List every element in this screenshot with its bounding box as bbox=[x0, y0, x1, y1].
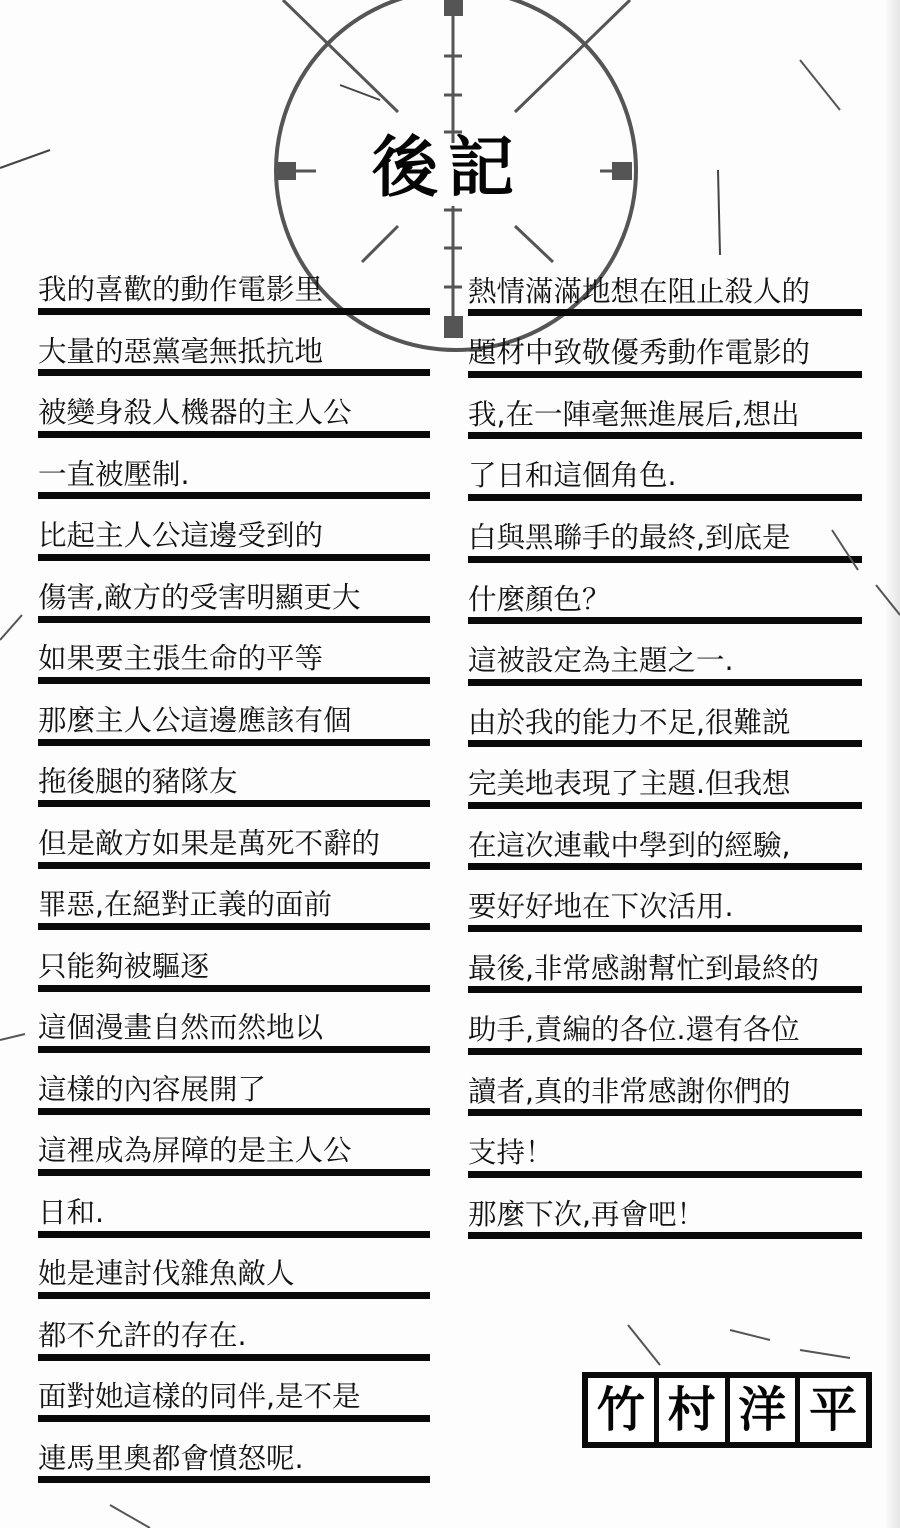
underline-rule bbox=[38, 677, 430, 684]
underline-rule bbox=[38, 1476, 430, 1483]
underline-rule bbox=[38, 800, 430, 807]
text-line: 如果要主張生命的平等 bbox=[38, 639, 323, 679]
author-char: 村 bbox=[659, 1378, 725, 1442]
underline-rule bbox=[468, 371, 862, 378]
text-line: 了日和這個角色. bbox=[468, 456, 677, 496]
text-line: 熱情滿滿地想在阻止殺人的 bbox=[468, 272, 810, 312]
underline-rule bbox=[38, 492, 430, 499]
text-line: 面對她這樣的同伴,是不是 bbox=[38, 1377, 361, 1417]
text-line: 日和. bbox=[38, 1193, 104, 1233]
text-line: 都不允許的存在. bbox=[38, 1316, 247, 1356]
text-line: 這被設定為主題之一. bbox=[468, 641, 734, 681]
underline-rule bbox=[38, 431, 430, 438]
text-line: 這個漫畫自然而然地以 bbox=[38, 1008, 323, 1048]
underline-rule bbox=[468, 802, 862, 809]
text-line: 讀者,真的非常感謝你們的 bbox=[468, 1072, 791, 1112]
text-line: 在這次連載中學到的經驗, bbox=[468, 826, 791, 866]
underline-rule bbox=[38, 923, 430, 930]
author-char: 洋 bbox=[730, 1378, 796, 1442]
text-line: 但是敵方如果是萬死不辭的 bbox=[38, 824, 380, 864]
text-line: 我,在一陣毫無進展后,想出 bbox=[468, 395, 800, 435]
underline-rule bbox=[468, 309, 862, 316]
underline-rule bbox=[468, 494, 862, 501]
underline-rule bbox=[468, 863, 862, 870]
underline-rule bbox=[38, 554, 430, 561]
text-line: 這裡成為屏障的是主人公 bbox=[38, 1131, 352, 1171]
text-line: 要好好地在下次活用. bbox=[468, 887, 734, 927]
text-line: 白與黑聯手的最終,到底是 bbox=[468, 518, 791, 558]
page-edge-shadow bbox=[886, 0, 900, 1528]
underline-rule bbox=[38, 739, 430, 746]
underline-rule bbox=[468, 556, 862, 563]
underline-rule bbox=[468, 986, 862, 993]
text-line: 助手,責編的各位.還有各位 bbox=[468, 1010, 800, 1050]
text-line: 我的喜歡的動作電影里 bbox=[38, 270, 323, 310]
text-line: 大量的惡黨毫無抵抗地 bbox=[38, 332, 323, 372]
underline-rule bbox=[38, 862, 430, 869]
text-line: 比起主人公這邊受到的 bbox=[38, 516, 323, 556]
underline-rule bbox=[38, 1169, 430, 1176]
page-title: 後記 bbox=[372, 128, 542, 208]
underline-rule bbox=[38, 369, 430, 376]
author-char: 平 bbox=[800, 1378, 866, 1442]
underline-rule bbox=[38, 1046, 430, 1053]
text-line: 連馬里奧都會憤怒呢. bbox=[38, 1439, 304, 1479]
underline-rule bbox=[38, 1292, 430, 1299]
text-line: 那麼主人公這邊應該有個 bbox=[38, 701, 352, 741]
text-line: 那麼下次,再會吧！ bbox=[468, 1195, 705, 1235]
text-line: 什麼顏色？ bbox=[468, 580, 611, 620]
text-line: 她是連討伐雜魚敵人 bbox=[38, 1254, 295, 1294]
text-line: 傷害,敵方的受害明顯更大 bbox=[38, 578, 361, 618]
underline-rule bbox=[38, 1108, 430, 1115]
underline-rule bbox=[38, 1231, 430, 1238]
underline-rule bbox=[38, 1354, 430, 1361]
underline-rule bbox=[468, 1171, 862, 1178]
text-line: 這樣的內容展開了 bbox=[38, 1070, 266, 1110]
underline-rule bbox=[468, 1048, 862, 1055]
text-line: 拖後腿的豬隊友 bbox=[38, 762, 238, 802]
text-line: 題材中致敬優秀動作電影的 bbox=[468, 333, 810, 373]
underline-rule bbox=[38, 308, 430, 315]
text-line: 最後,非常感謝幫忙到最終的 bbox=[468, 949, 819, 989]
underline-rule bbox=[38, 616, 430, 623]
author-char: 竹 bbox=[588, 1378, 654, 1442]
underline-rule bbox=[468, 432, 862, 439]
text-line: 由於我的能力不足,很難説 bbox=[468, 703, 791, 743]
text-line: 罪惡,在絕對正義的面前 bbox=[38, 885, 332, 925]
underline-rule bbox=[468, 617, 862, 624]
underline-rule bbox=[38, 985, 430, 992]
text-line: 只能夠被驅逐 bbox=[38, 947, 209, 987]
underline-rule bbox=[38, 1415, 430, 1422]
underline-rule bbox=[468, 1109, 862, 1116]
underline-rule bbox=[468, 925, 862, 932]
text-line: 完美地表現了主題.但我想 bbox=[468, 764, 791, 804]
text-line: 支持！ bbox=[468, 1133, 554, 1173]
author-name-stamp: 竹 村 洋 平 bbox=[582, 1372, 872, 1448]
text-line: 一直被壓制. bbox=[38, 455, 190, 495]
underline-rule bbox=[468, 740, 862, 747]
underline-rule bbox=[468, 1232, 862, 1239]
text-line: 被變身殺人機器的主人公 bbox=[38, 393, 352, 433]
underline-rule bbox=[468, 679, 862, 686]
